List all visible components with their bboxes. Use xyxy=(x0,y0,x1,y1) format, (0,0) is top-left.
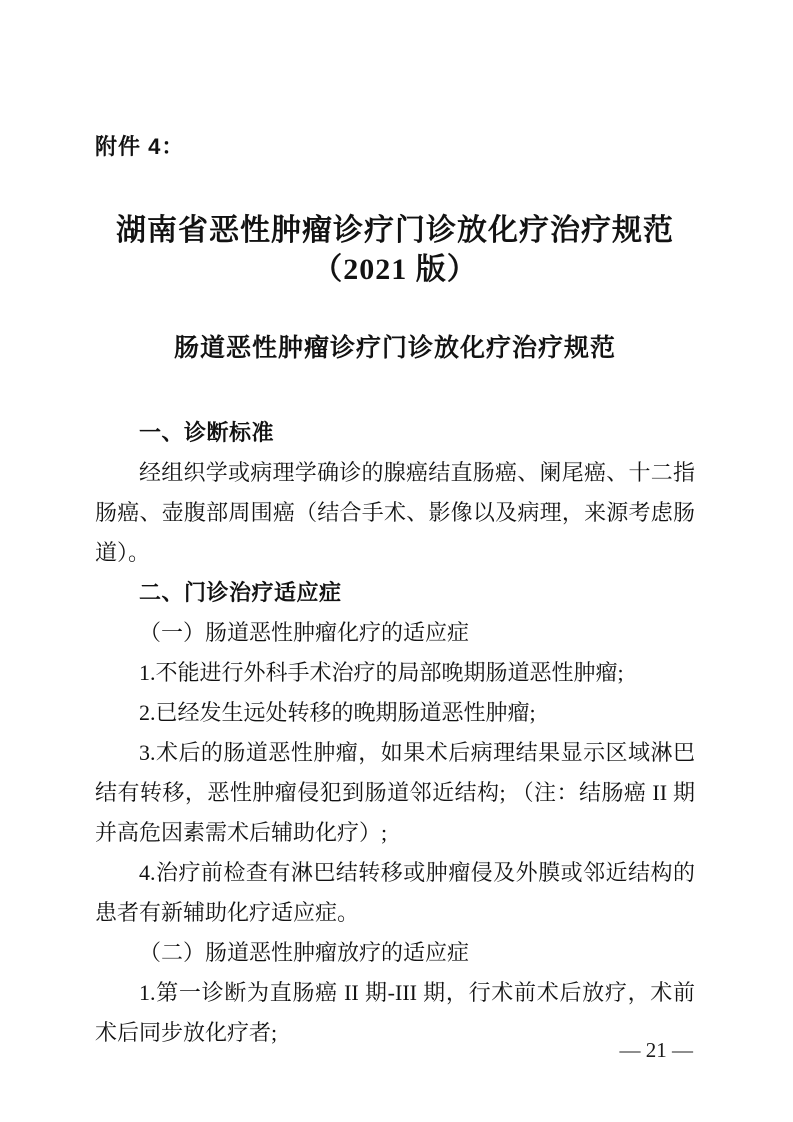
list-item-chemo-2: 2.已经发生远处转移的晚期肠道恶性肿瘤; xyxy=(95,693,695,733)
document-title: 湖南省恶性肿瘤诊疗门诊放化疗治疗规范 （2021 版） xyxy=(95,211,695,289)
list-item-chemo-4: 4.治疗前检查有淋巴结转移或肿瘤侵及外膜或邻近结构的患者有新辅助化疗适应症。 xyxy=(95,853,695,933)
subsection-heading-radiotherapy-indications: （二）肠道恶性肿瘤放疗的适应症 xyxy=(95,933,695,973)
list-item-chemo-3: 3.术后的肠道恶性肿瘤，如果术后病理结果显示区域淋巴结有转移，恶性肿瘤侵犯到肠道… xyxy=(95,733,695,853)
page-number: — 21 — xyxy=(620,1038,694,1062)
document-title-line1: 湖南省恶性肿瘤诊疗门诊放化疗治疗规范 xyxy=(95,211,695,250)
document-page: 附件 4： 湖南省恶性肿瘤诊疗门诊放化疗治疗规范 （2021 版） 肠道恶性肿瘤… xyxy=(0,0,793,1122)
list-item-radio-1: 1.第一诊断为直肠癌 II 期-III 期，行术前术后放疗，术前术后同步放化疗者… xyxy=(95,973,695,1053)
list-item-chemo-1: 1.不能进行外科手术治疗的局部晚期肠道恶性肿瘤; xyxy=(95,653,695,693)
document-title-line2: （2021 版） xyxy=(95,250,695,289)
paragraph-diagnosis-criteria: 经组织学或病理学确诊的腺癌结直肠癌、阑尾癌、十二指肠癌、壶腹部周围癌（结合手术、… xyxy=(95,453,695,573)
section-heading-outpatient-indications: 二、门诊治疗适应症 xyxy=(95,573,695,613)
section-heading-diagnosis-criteria: 一、诊断标准 xyxy=(95,413,695,453)
subsection-heading-chemotherapy-indications: （一）肠道恶性肿瘤化疗的适应症 xyxy=(95,613,695,653)
document-subtitle: 肠道恶性肿瘤诊疗门诊放化疗治疗规范 xyxy=(95,331,695,367)
attachment-label: 附件 4： xyxy=(95,130,695,163)
document-body: 一、诊断标准 经组织学或病理学确诊的腺癌结直肠癌、阑尾癌、十二指肠癌、壶腹部周围… xyxy=(95,413,695,1053)
